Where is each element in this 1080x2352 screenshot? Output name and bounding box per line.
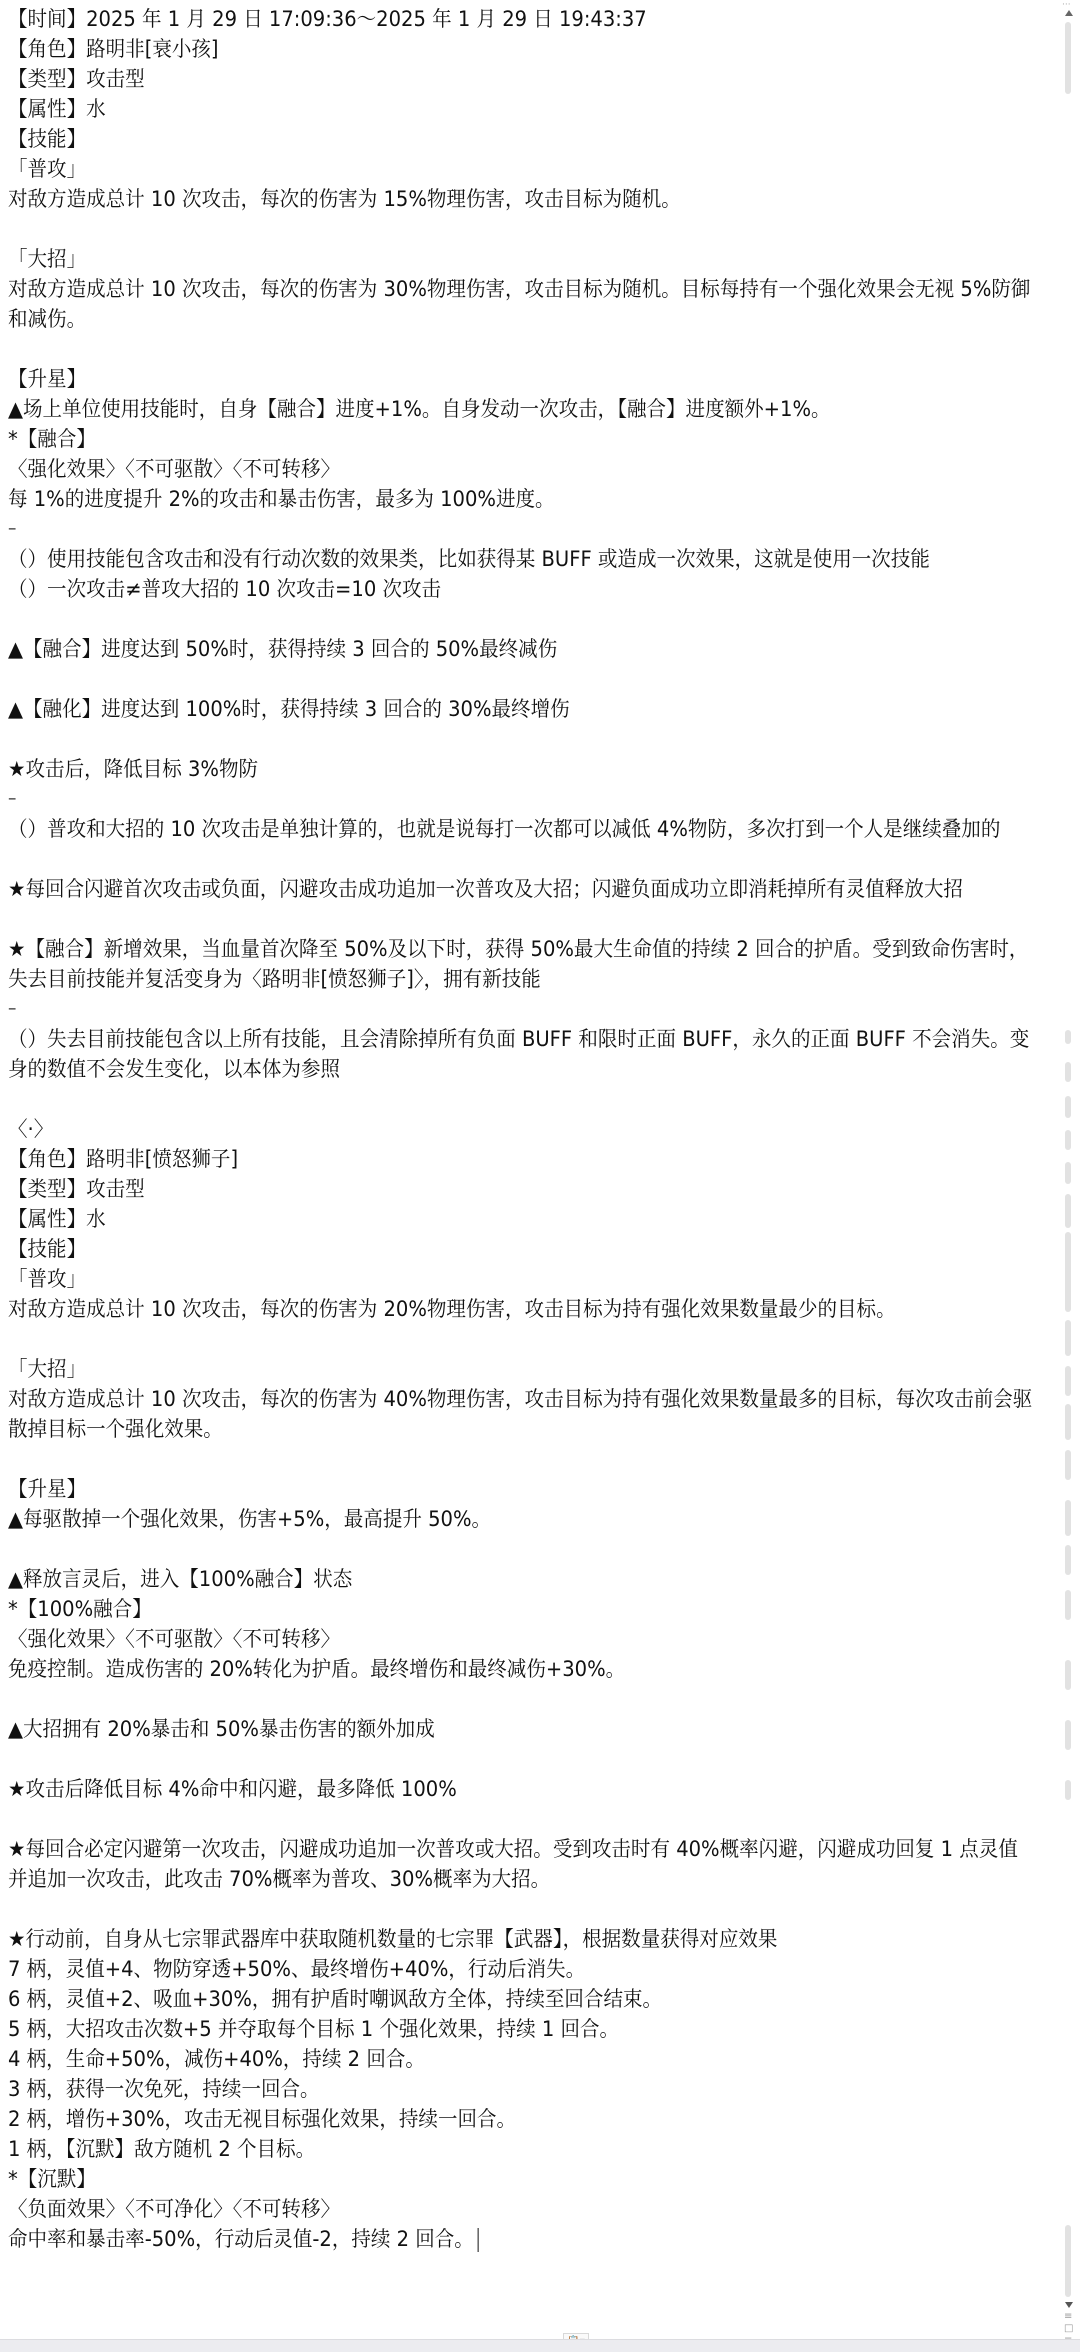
scroll-down-arrow-icon[interactable] — [1065, 2302, 1073, 2308]
fusion-tags: 〈强化效果〉〈不可驱散〉〈不可转移〉 — [8, 1624, 968, 1654]
type-line: 【类型】攻击型 — [8, 64, 968, 94]
silence-desc-line: 命中率和暴击率-50%，行动后灵值-2，持续 2 回合。 — [8, 2224, 968, 2254]
star-up-item: ▲大招拥有 20%暴击和 50%暴击伤害的额外加成 — [8, 1714, 968, 1744]
blank-line — [8, 904, 968, 934]
ultimate-heading: 「大招」 — [8, 1354, 968, 1384]
normal-attack-heading: 「普攻」 — [8, 154, 968, 184]
scrollbar-segment — [1065, 1194, 1071, 1228]
character-line: 【角色】路明非[愤怒狮子] — [8, 1144, 968, 1174]
vertical-scrollbar[interactable]: ··· ≡ □ ≡ — [1058, 0, 1080, 2340]
ultimate-heading: 「大招」 — [8, 244, 968, 274]
skills-heading: 【技能】 — [8, 124, 968, 154]
blank-line — [8, 1534, 968, 1564]
scrollbar-segment — [1065, 1500, 1071, 1536]
star-up-item: ▲释放言灵后，进入【100%融合】状态 — [8, 1564, 968, 1594]
star-up-item: ▲每驱散掉一个强化效果，伤害+5%，最高提升 50%。 — [8, 1504, 968, 1534]
scroll-up-arrow-icon[interactable] — [1065, 10, 1073, 16]
weapon-item: 2 柄，增伤+30%，攻击无视目标强化效果，持续一回合。 — [8, 2104, 968, 2134]
blank-line — [8, 1324, 968, 1354]
scrollbar-segment — [1065, 1780, 1071, 1800]
note-line: （）一次攻击≠普攻大招的 10 次攻击=10 次攻击 — [8, 574, 968, 604]
star-up-item: ★攻击后，降低目标 3%物防 — [8, 754, 968, 784]
time-line: 【时间】2025 年 1 月 29 日 17:09:36～2025 年 1 月 … — [8, 4, 968, 34]
star-up-item: ▲场上单位使用技能时，自身【融合】进度+1%。自身发动一次攻击，【融合】进度额外… — [8, 394, 968, 424]
blank-line — [8, 724, 968, 754]
attribute-line: 【属性】水 — [8, 94, 968, 124]
fusion-heading: *【100%融合】 — [8, 1594, 968, 1624]
weapon-item: 7 柄，灵值+4、物防穿透+50%、最终增伤+40%，行动后消失。 — [8, 1954, 968, 1984]
star-up-heading: 【升星】 — [8, 364, 968, 394]
blank-line — [8, 1084, 968, 1114]
blank-line — [8, 334, 968, 364]
ultimate-desc: 对敌方造成总计 10 次攻击，每次的伤害为 30%物理伤害，攻击目标为随机。目标… — [8, 274, 1036, 334]
note-line: （）普攻和大招的 10 次攻击是单独计算的，也就是说每打一次都可以减低 4%物防… — [8, 814, 1036, 844]
scrollbar-segment — [1065, 1320, 1071, 1356]
star-up-item: ★每回合必定闪避第一次攻击，闪避成功追加一次普攻或大招。受到攻击时有 40%概率… — [8, 1834, 1036, 1894]
weapon-item: 5 柄，大招攻击次数+5 并夺取每个目标 1 个强化效果，持续 1 回合。 — [8, 2014, 968, 2044]
weapon-item: 4 柄，生命+50%，减伤+40%，持续 2 回合。 — [8, 2044, 968, 2074]
scrollbar-segment — [1065, 1720, 1071, 1750]
scrollbar-segment — [1065, 1660, 1071, 1690]
normal-attack-desc: 对敌方造成总计 10 次攻击，每次的伤害为 15%物理伤害，攻击目标为随机。 — [8, 184, 968, 214]
note-line: （）使用技能包含攻击和没有行动次数的效果类，比如获得某 BUFF 或造成一次效果… — [8, 544, 1036, 574]
normal-attack-heading: 「普攻」 — [8, 1264, 968, 1294]
blank-line — [8, 1894, 968, 1924]
silence-tags: 〈负面效果〉〈不可净化〉〈不可转移〉 — [8, 2194, 968, 2224]
note-line: （）失去目前技能包含以上所有技能，且会清除掉所有负面 BUFF 和限时正面 BU… — [8, 1024, 1036, 1084]
scrollbar-segment — [1065, 2225, 1071, 2297]
blank-line — [8, 604, 968, 634]
skills-heading: 【技能】 — [8, 1234, 968, 1264]
scrollbar-segment — [1065, 1096, 1071, 1118]
scrollbar-thumb[interactable] — [1065, 22, 1071, 94]
blank-line — [8, 1744, 968, 1774]
star-up-item: ▲【融合】进度达到 50%时，获得持续 3 回合的 50%最终减伤 — [8, 634, 968, 664]
select-browse-object-icon[interactable]: □ — [1064, 2324, 1073, 2334]
weapon-item: 1 柄，【沉默】敌方随机 2 个目标。 — [8, 2134, 968, 2164]
blank-line — [8, 1684, 968, 1714]
blank-line — [8, 844, 968, 874]
fusion-desc: 每 1%的进度提升 2%的攻击和暴击伤害，最多为 100%进度。 — [8, 484, 968, 514]
fusion-heading: *【融合】 — [8, 424, 968, 454]
scrollbar-segment — [1065, 1232, 1071, 1312]
star-up-item: ★攻击后降低目标 4%命中和闪避，最多降低 100% — [8, 1774, 968, 1804]
star-up-item: ★每回合闪避首次攻击或负面，闪避攻击成功追加一次普攻及大招；闪避负面成功立即消耗… — [8, 874, 1036, 904]
weapon-item: 6 柄，灵值+2、吸血+30%，拥有护盾时嘲讽敌方全体，持续至回合结束。 — [8, 1984, 968, 2014]
page-up-icon[interactable]: ≡ — [1064, 2312, 1072, 2322]
silence-desc: 命中率和暴击率-50%，行动后灵值-2，持续 2 回合。 — [8, 2227, 474, 2251]
weapon-item: 3 柄，获得一次免死，持续一回合。 — [8, 2074, 968, 2104]
blank-line — [8, 1444, 968, 1474]
text-caret — [478, 2228, 479, 2252]
scrollbar-segment — [1065, 1030, 1071, 1044]
scrollbar-segment — [1065, 1404, 1071, 1440]
ultimate-desc: 对敌方造成总计 10 次攻击，每次的伤害为 40%物理伤害，攻击目标为持有强化效… — [8, 1384, 1036, 1444]
separator-dash: – — [8, 514, 968, 544]
blank-line — [8, 214, 968, 244]
scrollbar-segment — [1065, 1130, 1071, 1150]
document-body[interactable]: 【时间】2025 年 1 月 29 日 17:09:36～2025 年 1 月 … — [0, 0, 1040, 2254]
attribute-line: 【属性】水 — [8, 1204, 968, 1234]
fusion-desc: 免疫控制。造成伤害的 20%转化为护盾。最终增伤和最终减伤+30%。 — [8, 1654, 968, 1684]
separator-dash: – — [8, 994, 968, 1024]
fusion-tags: 〈强化效果〉〈不可驱散〉〈不可转移〉 — [8, 454, 968, 484]
character-line: 【角色】路明非[衰小孩] — [8, 34, 968, 64]
horizontal-scrollbar[interactable] — [0, 2339, 1080, 2352]
scrollbar-segment — [1065, 1450, 1071, 1480]
more-icon[interactable]: ··· — [1062, 0, 1071, 10]
scrollbar-segment — [1065, 1162, 1071, 1184]
scrollbar-segment — [1065, 1545, 1071, 1575]
section-marker: 〈·〉 — [8, 1114, 968, 1144]
star-up-item: ▲【融化】进度达到 100%时，获得持续 3 回合的 30%最终增伤 — [8, 694, 968, 724]
type-line: 【类型】攻击型 — [8, 1174, 968, 1204]
weapon-heading: ★行动前，自身从七宗罪武器库中获取随机数量的七宗罪【武器】，根据数量获得对应效果 — [8, 1924, 968, 1954]
blank-line — [8, 664, 968, 694]
star-up-heading: 【升星】 — [8, 1474, 968, 1504]
scrollbar-segment — [1065, 1062, 1071, 1082]
separator-dash: – — [8, 784, 968, 814]
star-up-item: ★【融合】新增效果，当血量首次降至 50%及以下时，获得 50%最大生命值的持续… — [8, 934, 1036, 994]
scrollbar-segment — [1065, 1590, 1071, 1620]
silence-heading: *【沉默】 — [8, 2164, 968, 2194]
blank-line — [8, 1804, 968, 1834]
scrollbar-segment — [1065, 1366, 1071, 1396]
normal-attack-desc: 对敌方造成总计 10 次攻击，每次的伤害为 20%物理伤害，攻击目标为持有强化效… — [8, 1294, 968, 1324]
